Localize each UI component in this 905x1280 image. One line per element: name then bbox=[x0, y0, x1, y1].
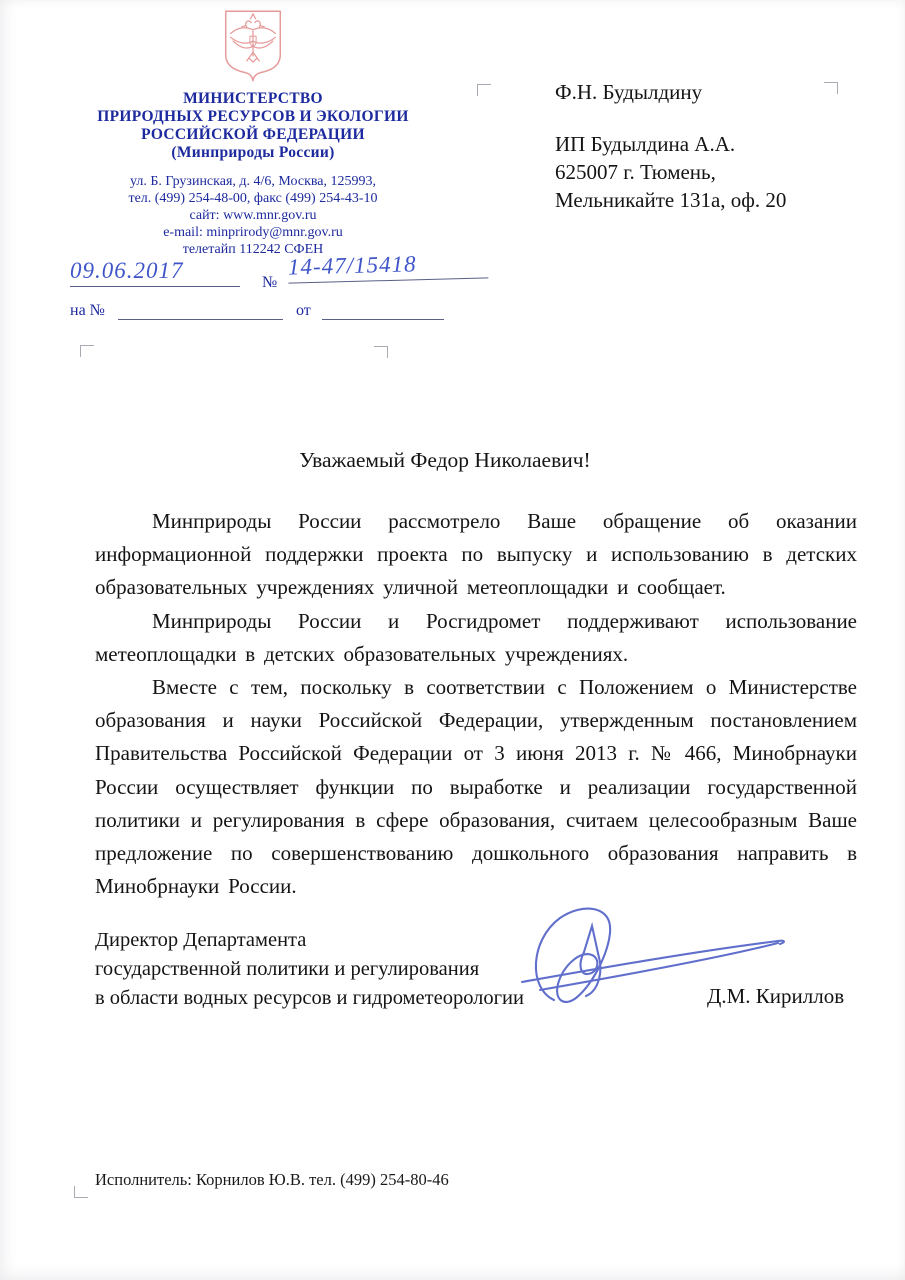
paragraph: Минприроды России и Росгидромет поддержи… bbox=[95, 605, 857, 671]
ministry-line: ПРИРОДНЫХ РЕСУРСОВ И ЭКОЛОГИИ bbox=[58, 108, 448, 126]
corner-mark-bottom-left bbox=[74, 1186, 88, 1198]
recipient-org: ИП Будылдина А.А. bbox=[555, 130, 786, 158]
signer-title-line: государственной политики и регулирования bbox=[95, 955, 524, 984]
reference-row-outgoing: 09.06.2017 № 14-47/15418 bbox=[70, 258, 470, 298]
corner-mark-recipient-right bbox=[824, 82, 838, 94]
from-date-blank bbox=[322, 300, 444, 320]
corner-mark-recipient-left bbox=[477, 84, 491, 96]
recipient-city: 625007 г. Тюмень, bbox=[555, 158, 786, 186]
number-handwritten: 14-47/15418 bbox=[288, 249, 489, 283]
paragraph: Вместе с тем, поскольку в соответствии с… bbox=[95, 671, 857, 903]
ministry-line: (Минприроды России) bbox=[58, 144, 448, 162]
contact-address: ул. Б. Грузинская, д. 4/6, Москва, 12599… bbox=[58, 173, 448, 190]
date-handwritten: 09.06.2017 bbox=[70, 258, 240, 287]
corner-mark-address-left bbox=[80, 345, 94, 357]
contact-phone-fax: тел. (499) 254-48-00, факс (499) 254-43-… bbox=[58, 190, 448, 207]
contact-website: сайт: www.mnr.gov.ru bbox=[58, 207, 448, 224]
contact-email: e-mail: minprirody@mnr.gov.ru bbox=[58, 224, 448, 241]
letter-body: Минприроды России рассмотрело Ваше обращ… bbox=[95, 505, 857, 903]
reply-to-label: на № bbox=[70, 302, 105, 320]
salutation: Уважаемый Федор Николаевич! bbox=[95, 448, 795, 473]
signer-title-line: Директор Департамента bbox=[95, 926, 524, 955]
scanned-letter-page: МИНИСТЕРСТВО ПРИРОДНЫХ РЕСУРСОВ И ЭКОЛОГ… bbox=[0, 0, 905, 1280]
letterhead: МИНИСТЕРСТВО ПРИРОДНЫХ РЕСУРСОВ И ЭКОЛОГ… bbox=[58, 8, 448, 258]
number-label: № bbox=[262, 274, 277, 292]
reference-fields: 09.06.2017 № 14-47/15418 на № от bbox=[70, 258, 470, 326]
paragraph: Минприроды России рассмотрело Ваше обращ… bbox=[95, 505, 857, 605]
recipient-street: Мельникайте 131а, оф. 20 bbox=[555, 186, 786, 214]
signer-title-line: в области водных ресурсов и гидрометеоро… bbox=[95, 984, 524, 1013]
corner-mark-address-right bbox=[374, 346, 388, 358]
reference-row-reply: на № от bbox=[70, 300, 470, 326]
recipient-block: Ф.Н. Будылдину ИП Будылдина А.А. 625007 … bbox=[555, 78, 786, 214]
signer-name: Д.М. Кириллов bbox=[707, 984, 844, 1009]
from-date-label: от bbox=[296, 302, 311, 320]
ministry-contacts: ул. Б. Грузинская, д. 4/6, Москва, 12599… bbox=[58, 173, 448, 258]
coat-of-arms-icon bbox=[222, 8, 284, 84]
ministry-line: РОССИЙСКОЙ ФЕДЕРАЦИИ bbox=[58, 126, 448, 144]
signer-title: Директор Департамента государственной по… bbox=[95, 926, 524, 1013]
ministry-name: МИНИСТЕРСТВО ПРИРОДНЫХ РЕСУРСОВ И ЭКОЛОГ… bbox=[58, 90, 448, 162]
ministry-line: МИНИСТЕРСТВО bbox=[58, 90, 448, 108]
reply-number-blank bbox=[118, 300, 283, 320]
recipient-name: Ф.Н. Будылдину bbox=[555, 78, 786, 106]
executor-line: Исполнитель: Корнилов Ю.В. тел. (499) 25… bbox=[95, 1170, 449, 1190]
